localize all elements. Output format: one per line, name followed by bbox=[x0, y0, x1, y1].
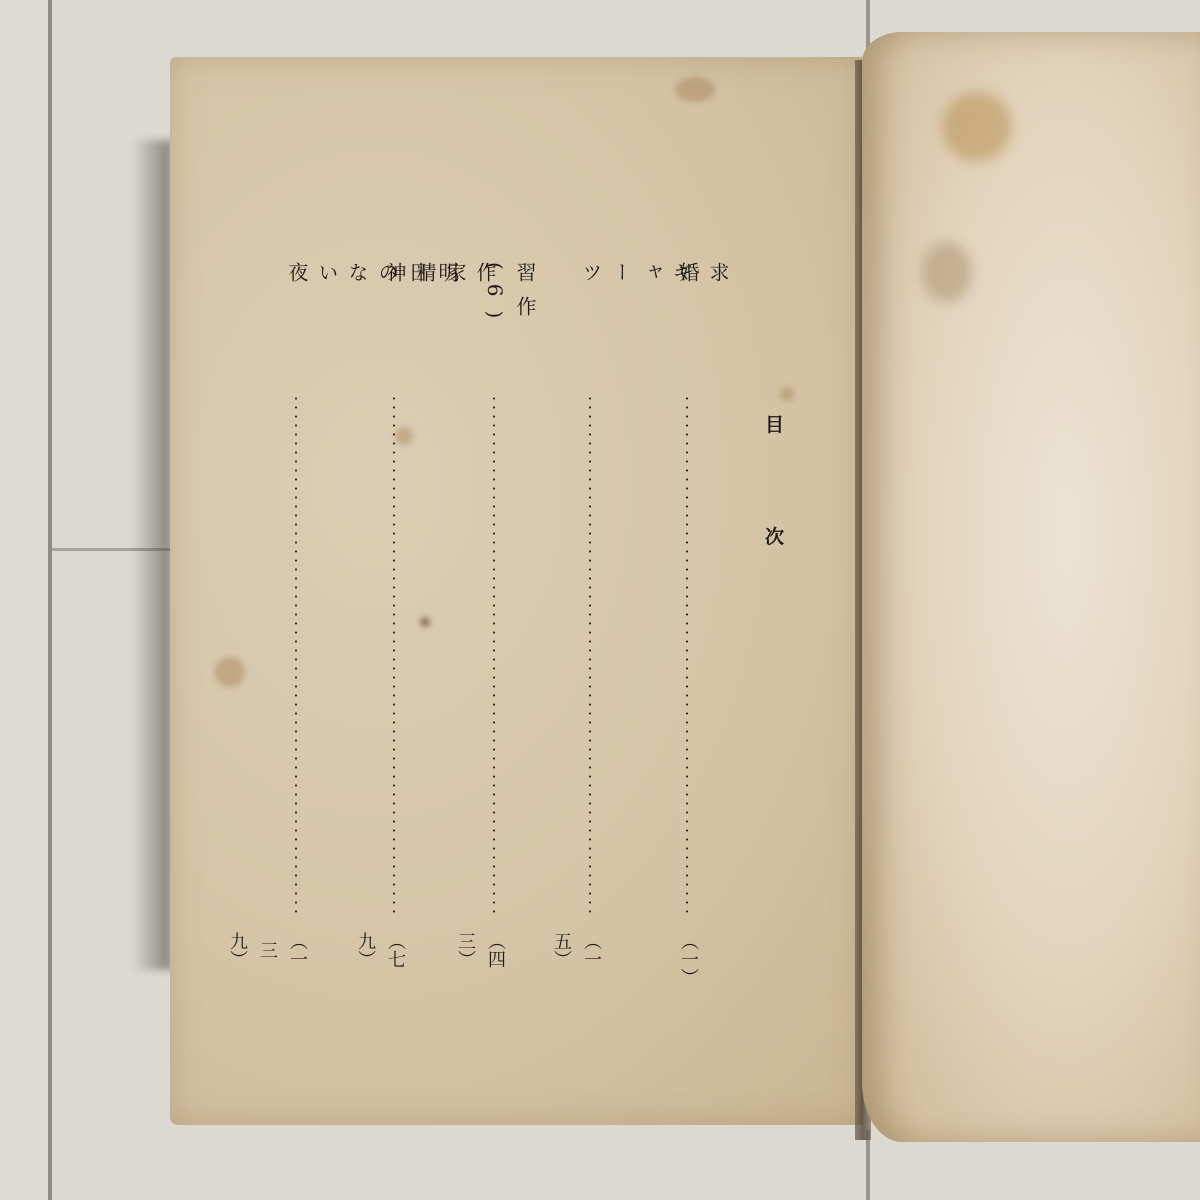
table-of-contents: 目 次 求婚 （一） ギャーツ （一五） 習作(6) （四三） 作家精神 （七九… bbox=[0, 0, 1200, 1200]
leader-dots bbox=[686, 394, 688, 914]
leader-dots bbox=[393, 394, 395, 914]
toc-entry-title: ギャーツ bbox=[576, 262, 696, 286]
toc-title-char: 目 bbox=[765, 410, 784, 437]
toc-entry-page: （一三九） bbox=[282, 932, 312, 968]
leader-dots bbox=[295, 394, 297, 914]
toc-entry-title: 明日のない夜 bbox=[282, 262, 462, 283]
leader-dots bbox=[493, 394, 495, 914]
toc-entry-page: （一五） bbox=[576, 932, 606, 968]
toc-entry-page: （七九） bbox=[380, 932, 410, 968]
toc-entry-page: （四三） bbox=[480, 932, 510, 968]
leader-dots bbox=[589, 394, 591, 914]
toc-entry-page: （一） bbox=[673, 932, 703, 986]
toc-title-char: 次 bbox=[765, 522, 784, 549]
